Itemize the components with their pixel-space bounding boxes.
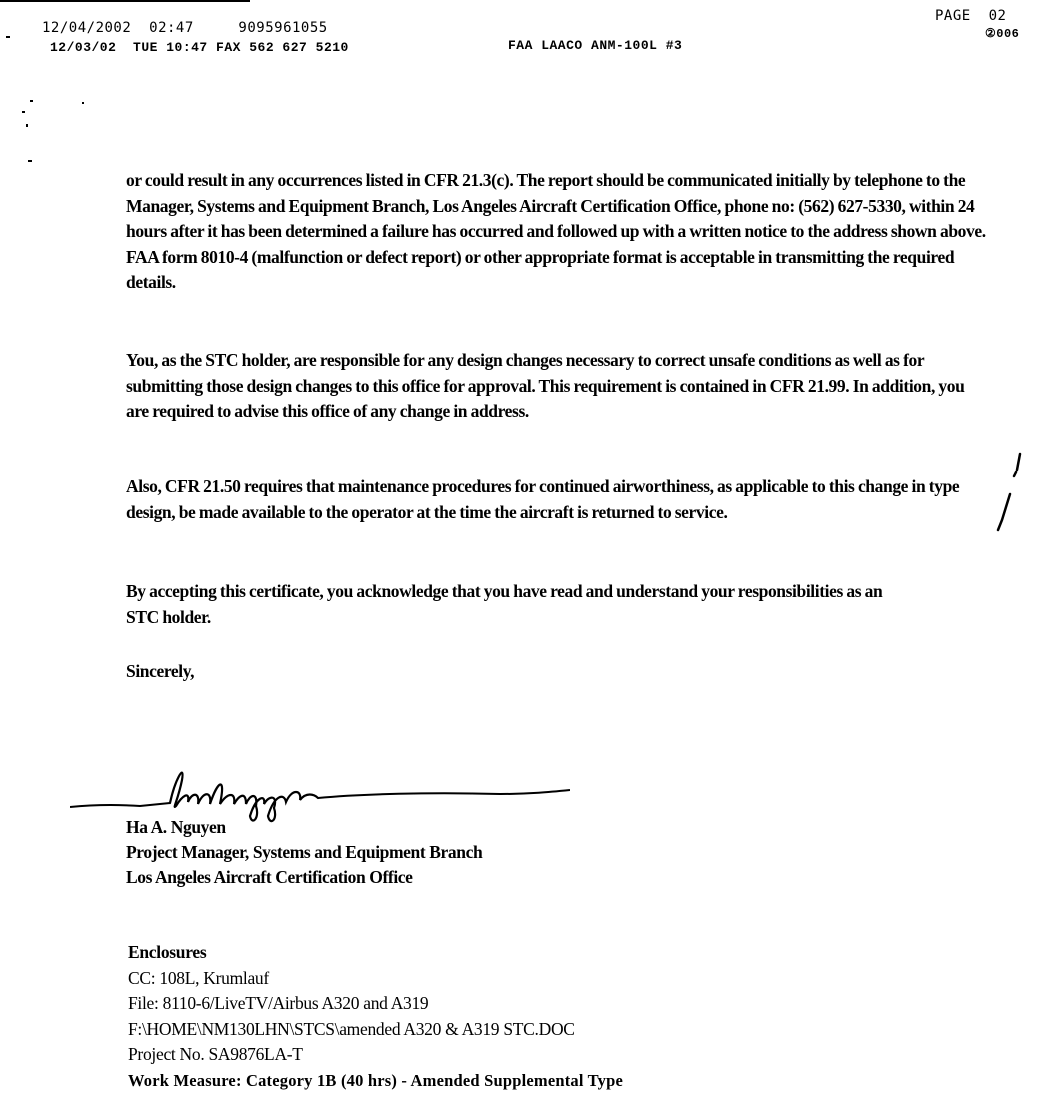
file-line: File: 8110-6/LiveTV/Airbus A320 and A319 [128, 991, 623, 1017]
signer-name: Ha A. Nguyen [126, 815, 482, 840]
fax-scan-edge [0, 0, 250, 2]
scan-speck [82, 102, 84, 104]
fax-page-label: PAGE 02 [935, 8, 1006, 24]
scan-speck [22, 111, 25, 113]
signer-office: Los Angeles Aircraft Certification Offic… [126, 865, 482, 890]
enclosures-label: Enclosures [128, 940, 623, 966]
file-path: F:\HOME\NM130LHN\STCS\amended A320 & A31… [128, 1017, 623, 1043]
work-measure: Work Measure: Category 1B (40 hrs) - Ame… [128, 1068, 623, 1094]
signature-block: Ha A. Nguyen Project Manager, Systems an… [126, 815, 482, 890]
scan-speck [26, 124, 28, 127]
fax-page-count: ②006 [985, 26, 1019, 41]
document-footer: Enclosures CC: 108L, Krumlauf File: 8110… [128, 940, 623, 1093]
paragraph-reporting: or could result in any occurrences liste… [126, 168, 986, 296]
fax-page: 12/04/2002 02:47 9095961055 12/03/02 TUE… [0, 0, 1040, 1104]
margin-pen-mark [990, 450, 1030, 540]
scan-speck [6, 36, 10, 38]
scan-speck [30, 100, 33, 102]
project-number: Project No. SA9876LA-T [128, 1042, 623, 1068]
closing: Sincerely, [126, 659, 986, 685]
paragraph-acceptance: By accepting this certificate, you ackno… [126, 579, 886, 630]
scan-speck [28, 160, 32, 162]
paragraph-maintenance: Also, CFR 21.50 requires that maintenanc… [126, 474, 986, 525]
fax-header-line-1: 12/04/2002 02:47 9095961055 [42, 20, 328, 36]
cc-line: CC: 108L, Krumlauf [128, 966, 623, 992]
circled-number-icon: ② [985, 27, 996, 41]
fax-header-line-2: 12/03/02 TUE 10:47 FAX 562 627 5210 [50, 40, 349, 55]
signer-title: Project Manager, Systems and Equipment B… [126, 840, 482, 865]
paragraph-responsibility: You, as the STC holder, are responsible … [126, 348, 986, 425]
fax-destination: FAA LAACO ANM-100L #3 [508, 38, 682, 53]
